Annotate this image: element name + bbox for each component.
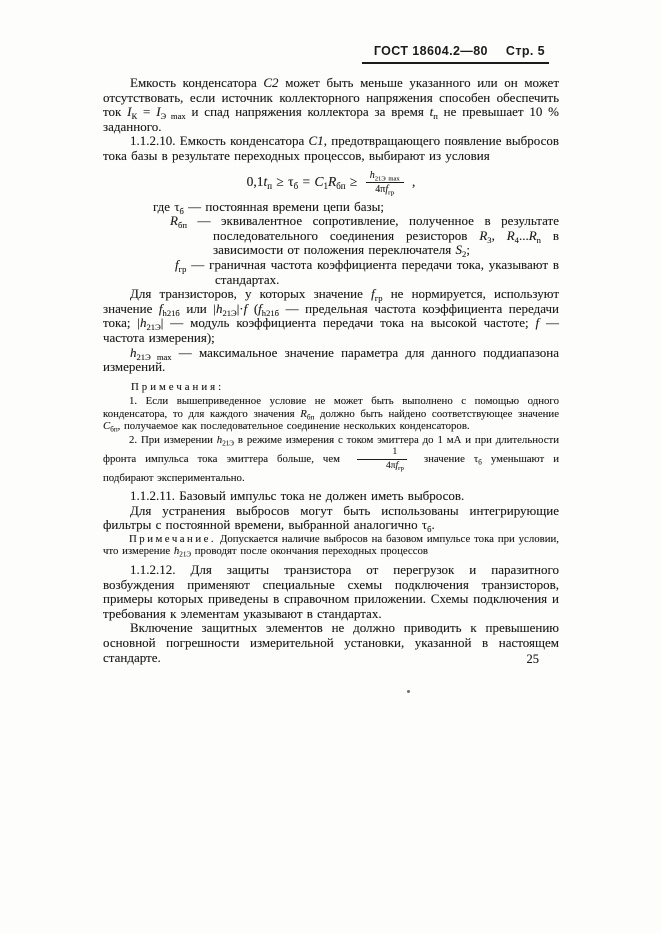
para-transistors-fgr: Для транзисторов, у которых значение fгр…: [103, 287, 559, 345]
formula-base-time-constant: 0,1tп ≥ τб = C1Rбп ≥ h21Э max 4πfгр ,: [103, 170, 559, 196]
header-page-label: Стр. 5: [506, 44, 545, 58]
definition-tau-b: где τб — постоянная времени цепи базы;: [103, 200, 559, 215]
clause-1-1-2-12: 1.1.2.12. Для защиты транзистора от пере…: [103, 563, 559, 621]
clause-1-1-2-10: 1.1.2.10. Емкость конденсатора С1, предо…: [103, 134, 559, 163]
note-2: 2. При измерении h21Э в режиме измерения…: [103, 434, 559, 484]
para-integrating-filters: Для устранения выбросов могут быть испол…: [103, 504, 559, 533]
note-1: 1. Если вышеприведенное условие не может…: [103, 395, 559, 433]
clause-1-1-2-11: 1.1.2.11. Базовый импульс тока не должен…: [103, 489, 559, 504]
para-h21e-max: h21Э max — максимальное значение парамет…: [103, 346, 559, 375]
formula-tail: ,: [412, 174, 415, 189]
para-protective-elements: Включение защитных элементов не должно п…: [103, 621, 559, 665]
page-number: 25: [527, 652, 540, 667]
fraction-numerator: h21Э max: [366, 170, 404, 183]
note-2-fraction-numerator: 1: [357, 447, 407, 459]
formula-lhs: 0,1tп ≥ τб = C1Rбп ≥: [247, 174, 358, 189]
definition-list: где τб — постоянная времени цепи базы; R…: [103, 200, 559, 288]
note-single-lead: Примечание.: [129, 533, 216, 545]
standard-number: ГОСТ 18604.2—80: [374, 44, 488, 58]
definition-f-gr: fгр — граничная частота коэффициента пер…: [103, 258, 559, 287]
note-2-fraction: 1 4πfгр: [357, 447, 407, 472]
fraction-denominator: 4πfгр: [366, 182, 404, 196]
body-column: Емкость конденсатора С2 может быть меньш…: [103, 76, 559, 665]
document-page: ГОСТ 18604.2—80Стр. 5 Емкость конденсато…: [0, 0, 661, 934]
notes-title: Примечания:: [131, 380, 559, 395]
page-header: ГОСТ 18604.2—80Стр. 5: [362, 44, 549, 64]
formula-fraction: h21Э max 4πfгр: [366, 170, 404, 196]
note-single: Примечание. Допускается наличие выбросов…: [103, 533, 559, 558]
definition-r-bp: Rбп — эквивалентное сопротивление, получ…: [103, 214, 559, 258]
note-2-fraction-denominator: 4πfгр: [357, 459, 407, 472]
para-capacitor-c2: Емкость конденсатора С2 может быть меньш…: [103, 76, 559, 134]
closing-paragraph-wrap: Включение защитных элементов не должно п…: [103, 621, 559, 665]
scan-speck: [407, 690, 410, 693]
